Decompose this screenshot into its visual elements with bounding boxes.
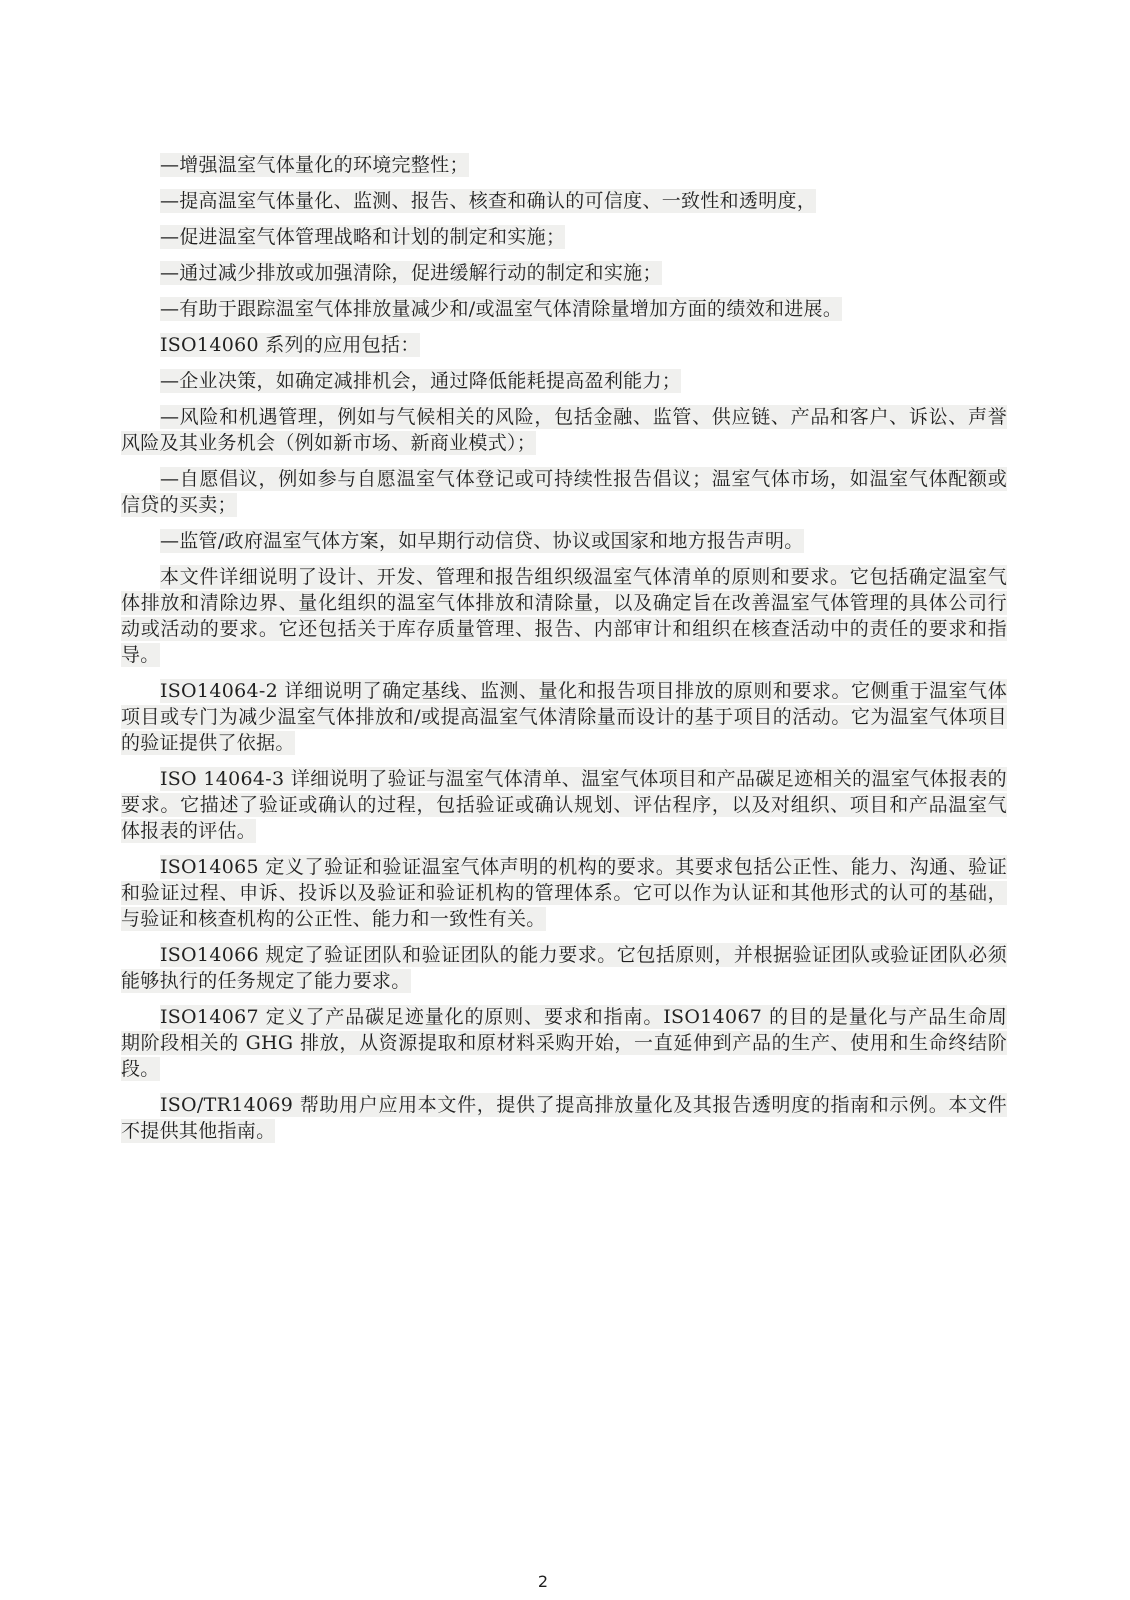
list-item: —增强温室气体量化的环境完整性； [121,152,1007,178]
list-item: —监管/政府温室气体方案，如早期行动信贷、协议或国家和地方报告声明。 [121,528,1007,554]
list-item-text: —有助于跟踪温室气体排放量减少和/或温室气体清除量增加方面的绩效和进展。 [160,297,842,321]
list-item: —通过减少排放或加强清除，促进缓解行动的制定和实施； [121,260,1007,286]
list-item: —有助于跟踪温室气体排放量减少和/或温室气体清除量增加方面的绩效和进展。 [121,296,1007,322]
list-item: —自愿倡议，例如参与自愿温室气体登记或可持续性报告倡议；温室气体市场，如温室气体… [121,466,1007,518]
page-number: 2 [0,1572,1086,1591]
list-item: —风险和机遇管理，例如与气候相关的风险，包括金融、监管、供应链、产品和客户、诉讼… [121,404,1007,456]
document-body: —增强温室气体量化的环境完整性； —提高温室气体量化、监测、报告、核查和确认的可… [121,152,1007,1154]
list-item-text: —自愿倡议，例如参与自愿温室气体登记或可持续性报告倡议；温室气体市场，如温室气体… [121,467,1007,517]
list-item-text: —企业决策，如确定减排机会，通过降低能耗提高盈利能力； [160,369,681,393]
paragraph: 本文件详细说明了设计、开发、管理和报告组织级温室气体清单的原则和要求。它包括确定… [121,564,1007,668]
list-item-text: —监管/政府温室气体方案，如早期行动信贷、协议或国家和地方报告声明。 [160,529,804,553]
paragraph: ISO14067 定义了产品碳足迹量化的原则、要求和指南。ISO14067 的目… [121,1004,1007,1082]
paragraph: ISO14065 定义了验证和验证温室气体声明的机构的要求。其要求包括公正性、能… [121,854,1007,932]
list-item-text: —通过减少排放或加强清除，促进缓解行动的制定和实施； [160,261,662,285]
list-item-text: —提高温室气体量化、监测、报告、核查和确认的可信度、一致性和透明度， [160,189,816,213]
paragraph: ISO14064-2 详细说明了确定基线、监测、量化和报告项目排放的原则和要求。… [121,678,1007,756]
paragraph-text: ISO14064-2 详细说明了确定基线、监测、量化和报告项目排放的原则和要求。… [121,679,1007,755]
paragraph-text: ISO 14064-3 详细说明了验证与温室气体清单、温室气体项目和产品碳足迹相… [121,767,1007,843]
paragraph-text: 本文件详细说明了设计、开发、管理和报告组织级温室气体清单的原则和要求。它包括确定… [121,565,1007,667]
paragraph-text: ISO/TR14069 帮助用户应用本文件，提供了提高排放量化及其报告透明度的指… [121,1093,1007,1143]
list-item-text: —促进温室气体管理战略和计划的制定和实施； [160,225,565,249]
list-item: —企业决策，如确定减排机会，通过降低能耗提高盈利能力； [121,368,1007,394]
paragraph-text: ISO14066 规定了验证团队和验证团队的能力要求。它包括原则，并根据验证团队… [121,943,1007,993]
document-page: —增强温室气体量化的环境完整性； —提高温室气体量化、监测、报告、核查和确认的可… [0,0,1130,1600]
list-item-text: —风险和机遇管理，例如与气候相关的风险，包括金融、监管、供应链、产品和客户、诉讼… [121,405,1007,455]
paragraph-text: ISO14060 系列的应用包括： [160,333,420,357]
paragraph: ISO14060 系列的应用包括： [121,332,1007,358]
paragraph: ISO/TR14069 帮助用户应用本文件，提供了提高排放量化及其报告透明度的指… [121,1092,1007,1144]
paragraph-text: ISO14065 定义了验证和验证温室气体声明的机构的要求。其要求包括公正性、能… [121,855,1007,931]
list-item: —提高温室气体量化、监测、报告、核查和确认的可信度、一致性和透明度， [121,188,1007,214]
paragraph: ISO 14064-3 详细说明了验证与温室气体清单、温室气体项目和产品碳足迹相… [121,766,1007,844]
paragraph: ISO14066 规定了验证团队和验证团队的能力要求。它包括原则，并根据验证团队… [121,942,1007,994]
list-item-text: —增强温室气体量化的环境完整性； [160,153,469,177]
paragraph-text: ISO14067 定义了产品碳足迹量化的原则、要求和指南。ISO14067 的目… [121,1005,1007,1081]
list-item: —促进温室气体管理战略和计划的制定和实施； [121,224,1007,250]
